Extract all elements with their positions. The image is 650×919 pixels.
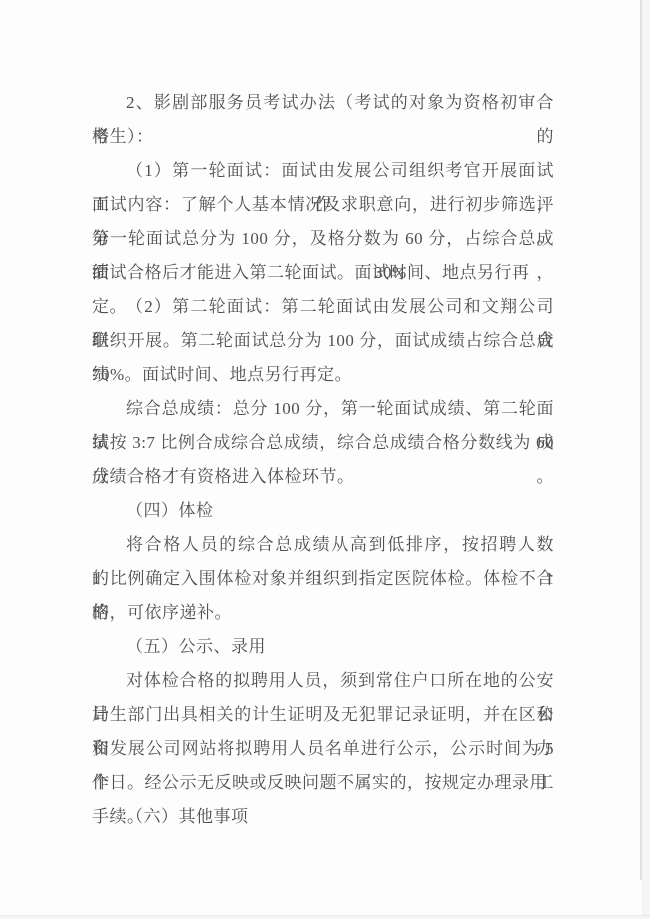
text-line: （2）第二轮面试：第二轮面试由发展公司和文翔公司联合: [92, 290, 554, 324]
section-heading-other-matters: （六）其他事项: [92, 800, 554, 834]
text-line: 对体检合格的拟聘用人员，须到常住户口所在地的公安局和: [92, 664, 554, 698]
text-line: 的比例确定入围体检对象并组织到指定医院体检。体检不合格: [92, 562, 554, 596]
text-line: 作日。经公示无反映或反映问题不属实的，按规定办理录用手续。: [92, 766, 554, 800]
scan-edge-bottom-line: [0, 915, 650, 916]
scan-edge-right-strip: [642, 0, 650, 919]
text-line: 绩按 3:7 比例合成综合总成绩，综合总成绩合格分数线为 60 分。: [92, 426, 554, 460]
section-heading-publicity-employment: （五）公示、录用: [92, 630, 554, 664]
section-heading-physical-exam: （四）体检: [92, 494, 554, 528]
text-line: 面试内容：了解个人基本情况及求职意向，进行初步筛选评分。: [92, 188, 554, 222]
text-line: 第一轮面试总分为 100 分，及格分数为 60 分，占综合总成绩 30%，: [92, 222, 554, 256]
text-line: （1）第一轮面试：面试由发展公司组织考官开展面试工作，: [92, 154, 554, 188]
text-line: 将合格人员的综合总成绩从高到低排序，按招聘人数 1：1: [92, 528, 554, 562]
text-line: 70%。面试时间、地点另行再定。: [92, 358, 554, 392]
text-line: 组织开展。第二轮面试总分为 100 分，面试成绩占综合总成绩: [92, 324, 554, 358]
text-line: 面试合格后才能进入第二轮面试。面试时间、地点另行再定。: [92, 256, 554, 290]
document-page: 2、影剧部服务员考试办法（考试的对象为资格初审合格的 考生）： （1）第一轮面试…: [0, 0, 650, 919]
text-line: 2、影剧部服务员考试办法（考试的对象为资格初审合格的: [92, 86, 554, 120]
document-body: 2、影剧部服务员考试办法（考试的对象为资格初审合格的 考生）： （1）第一轮面试…: [92, 86, 554, 834]
text-line: 综合总成绩：总分 100 分，第一轮面试成绩、第二轮面试成: [92, 392, 554, 426]
text-line: 的，可依序递补。: [92, 596, 554, 630]
text-line: 和发展公司网站将拟聘用人员名单进行公示，公示时间为 5 个工: [92, 732, 554, 766]
text-line: 计生部门出具相关的计生证明及无犯罪记录证明，并在区公资办: [92, 698, 554, 732]
scan-edge-right-line: [640, 0, 642, 880]
